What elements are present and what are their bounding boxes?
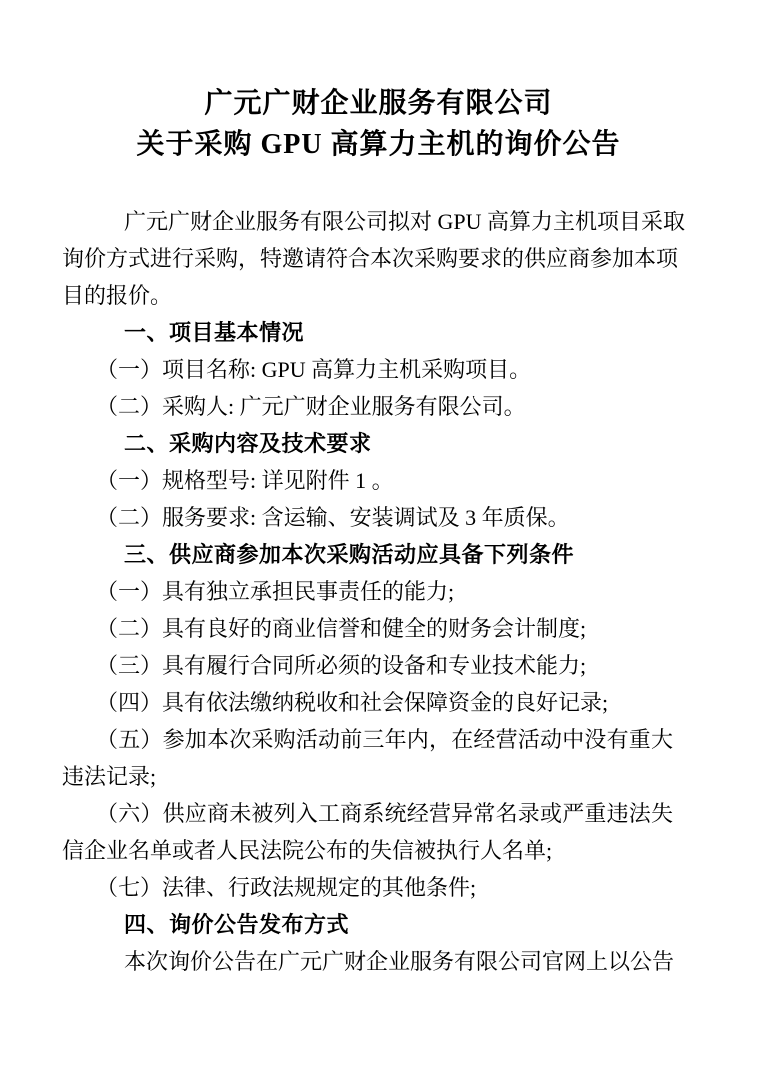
document-title-line: 关于采购 GPU 高算力主机的询价公告 bbox=[0, 124, 757, 165]
text-line: （四）具有依法缴纳税收和社会保障资金的良好记录; bbox=[62, 684, 673, 721]
document-title: 广元广财企业服务有限公司 关于采购 GPU 高算力主机的询价公告 bbox=[0, 83, 757, 165]
text-line: （二）服务要求: 含运输、安装调试及 3 年质保。 bbox=[62, 499, 673, 536]
text-line: 本次询价公告在广元广财企业服务有限公司官网上以公告 bbox=[62, 943, 673, 980]
document-body: 广元广财企业服务有限公司拟对 GPU 高算力主机项目采取询价方式进行采购，特邀请… bbox=[62, 203, 673, 980]
text-line: （六）供应商未被列入工商系统经营异常名录或严重违法失 bbox=[62, 795, 673, 832]
text-line: （七）法律、行政法规规定的其他条件; bbox=[62, 869, 673, 906]
document-page: 广元广财企业服务有限公司 关于采购 GPU 高算力主机的询价公告 广元广财企业服… bbox=[0, 0, 757, 1073]
text-line: （二）采购人: 广元广财企业服务有限公司。 bbox=[62, 388, 673, 425]
section-heading: 三、供应商参加本次采购活动应具备下列条件 bbox=[62, 536, 673, 573]
section-heading: 四、询价公告发布方式 bbox=[62, 906, 673, 943]
section-heading: 一、项目基本情况 bbox=[62, 314, 673, 351]
text-line: （一）具有独立承担民事责任的能力; bbox=[62, 573, 673, 610]
text-line: 目的报价。 bbox=[62, 277, 673, 314]
text-line: 违法记录; bbox=[62, 758, 673, 795]
text-line: （二）具有良好的商业信誉和健全的财务会计制度; bbox=[62, 610, 673, 647]
text-line: （五）参加本次采购活动前三年内，在经营活动中没有重大 bbox=[62, 721, 673, 758]
text-line: 广元广财企业服务有限公司拟对 GPU 高算力主机项目采取 bbox=[62, 203, 673, 240]
section-heading: 二、采购内容及技术要求 bbox=[62, 425, 673, 462]
document-title-line: 广元广财企业服务有限公司 bbox=[0, 83, 757, 124]
text-line: 询价方式进行采购，特邀请符合本次采购要求的供应商参加本项 bbox=[62, 240, 673, 277]
text-line: （一）规格型号: 详见附件 1 。 bbox=[62, 462, 673, 499]
text-line: （一）项目名称: GPU 高算力主机采购项目。 bbox=[62, 351, 673, 388]
text-line: （三）具有履行合同所必须的设备和专业技术能力; bbox=[62, 647, 673, 684]
text-line: 信企业名单或者人民法院公布的失信被执行人名单; bbox=[62, 832, 673, 869]
